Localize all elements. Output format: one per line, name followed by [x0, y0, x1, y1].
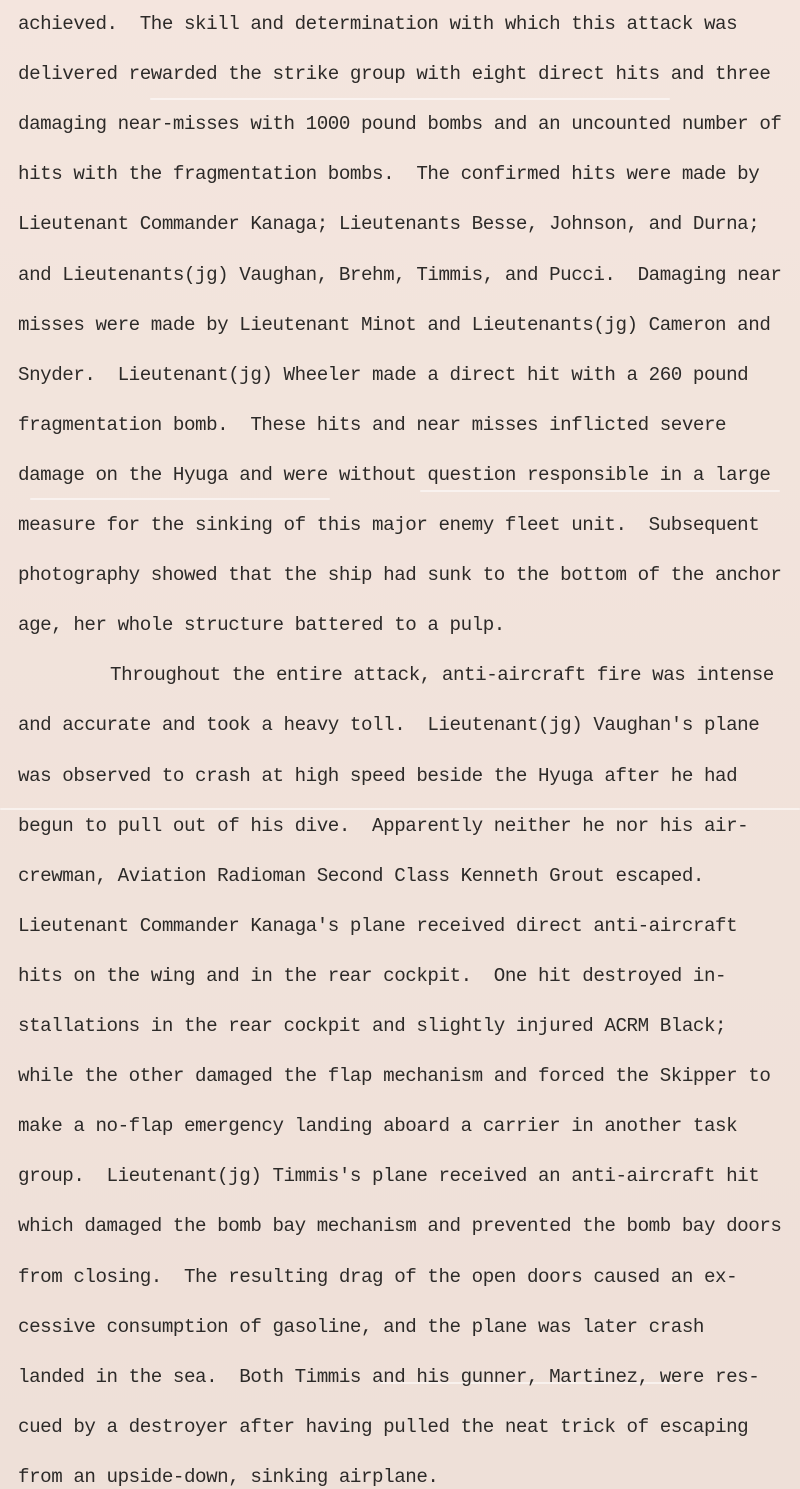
text-line: make a no-flap emergency landing aboard …: [18, 1114, 737, 1138]
text-line: age, her whole structure battered to a p…: [18, 613, 505, 637]
text-line: group. Lieutenant(jg) Timmis's plane rec…: [18, 1164, 759, 1188]
text-line: hits on the wing and in the rear cockpit…: [18, 964, 726, 988]
paper-crease: [0, 808, 800, 810]
text-line: damaging near-misses with 1000 pound bom…: [18, 112, 781, 136]
text-line: was observed to crash at high speed besi…: [18, 764, 737, 788]
paper-crease: [30, 498, 330, 500]
text-line: fragmentation bomb. These hits and near …: [18, 413, 726, 437]
text-line: from an upside-down, sinking airplane.: [18, 1465, 438, 1489]
text-line: cued by a destroyer after having pulled …: [18, 1415, 748, 1439]
text-line: stallations in the rear cockpit and slig…: [18, 1014, 726, 1038]
text-line: Snyder. Lieutenant(jg) Wheeler made a di…: [18, 363, 748, 387]
text-line: while the other damaged the flap mechani…: [18, 1064, 770, 1088]
text-line: which damaged the bomb bay mechanism and…: [18, 1214, 781, 1238]
text-line: Throughout the entire attack, anti-aircr…: [110, 663, 774, 687]
text-line: from closing. The resulting drag of the …: [18, 1265, 737, 1289]
text-line: misses were made by Lieutenant Minot and…: [18, 313, 770, 337]
text-line: crewman, Aviation Radioman Second Class …: [18, 864, 704, 888]
text-line: hits with the fragmentation bombs. The c…: [18, 162, 759, 186]
paper-crease: [150, 98, 670, 100]
text-line: delivered rewarded the strike group with…: [18, 62, 770, 86]
text-line: begun to pull out of his dive. Apparentl…: [18, 814, 748, 838]
text-line: photography showed that the ship had sun…: [18, 563, 781, 587]
text-line: cessive consumption of gasoline, and the…: [18, 1315, 704, 1339]
text-line: and accurate and took a heavy toll. Lieu…: [18, 713, 759, 737]
text-line: measure for the sinking of this major en…: [18, 513, 759, 537]
paper-crease: [420, 490, 780, 492]
text-line: and Lieutenants(jg) Vaughan, Brehm, Timm…: [18, 263, 781, 287]
typewritten-page: achieved. The skill and determination wi…: [0, 0, 800, 1489]
text-line: landed in the sea. Both Timmis and his g…: [18, 1365, 759, 1389]
text-line: Lieutenant Commander Kanaga's plane rece…: [18, 914, 737, 938]
text-line: Lieutenant Commander Kanaga; Lieutenants…: [18, 212, 759, 236]
text-line: damage on the Hyuga and were without que…: [18, 463, 770, 487]
text-line: achieved. The skill and determination wi…: [18, 12, 737, 36]
